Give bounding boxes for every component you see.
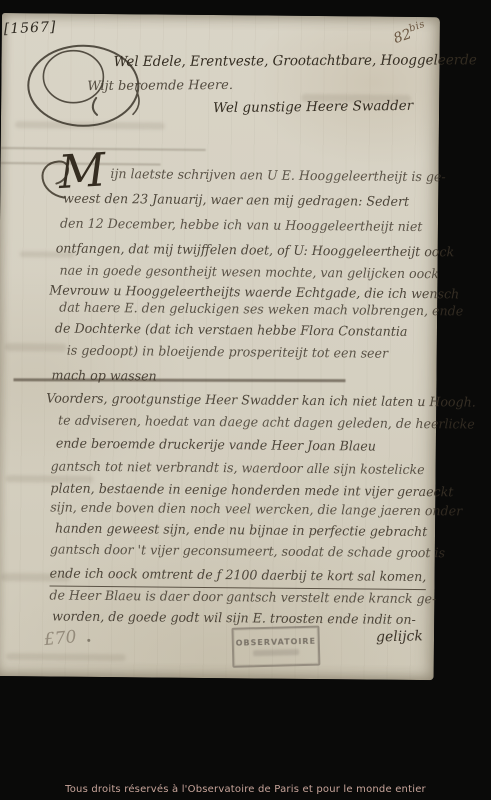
bleed-through-smudge: [6, 653, 126, 661]
manuscript-line: Voorders, grootgunstige Heer Swadder kan…: [46, 391, 476, 412]
salutation-line-3: Wel gunstige Heere Swadder: [213, 98, 413, 116]
folio-number: 82bis: [391, 19, 429, 47]
salutation-line-1: Wel Edele, Erentveste, Grootachtbare, Ho…: [114, 52, 477, 70]
manuscript-line: den 12 December, hebbe ich van u Hooggel…: [60, 217, 423, 237]
photograph-background: [1567] 82bis Wel Edele, Erentveste, Groo…: [0, 0, 491, 800]
manuscript-line: te adviseren, hoedat van daege acht dage…: [58, 414, 475, 435]
manuscript-line: nae in goede gesontheijt wesen mochte, v…: [59, 264, 439, 285]
margin-price-mark: £70: [43, 627, 77, 650]
catchword: gelijck: [376, 628, 423, 645]
manuscript-line: de Heer Blaeu is daer door gantsch verst…: [49, 588, 436, 609]
manuscript-line: is gedoopt) in bloeijende prosperiteijt …: [67, 344, 388, 364]
observatory-stamp: OBSERVATOIRE: [231, 626, 320, 668]
manuscript-line: dat haere E. den geluckigen ses weken ma…: [59, 301, 463, 322]
manuscript-line: gantsch tot niet verbrandt is, waerdoor …: [51, 459, 425, 479]
manuscript-line: platen, bestaende in eenige honderden me…: [50, 481, 453, 502]
manuscript-line: ontfangen, dat mij twijffelen doet, of U…: [56, 242, 455, 263]
observatory-stamp-text: OBSERVATOIRE: [236, 637, 317, 648]
manuscript-line-underlined: ende ich oock omtrent de ƒ 2100 daerbij …: [49, 566, 426, 590]
manuscript-line: ijn laetste schrijven aen U E. Hooggelee…: [110, 167, 445, 187]
copyright-caption: Tous droits réservés à l'Observatoire de…: [0, 784, 491, 795]
manuscript-line: gantsch door 't vijer geconsumeert, sood…: [50, 542, 445, 563]
manuscript-line: de Dochterke (dat ich verstaen hebbe Flo…: [55, 322, 408, 342]
initial-letter: M: [57, 146, 107, 195]
bleed-through-smudge: [5, 343, 67, 352]
manuscript-line: weest den 23 Januarij, waer aen mij gedr…: [63, 192, 409, 212]
manuscript-line: ende beroemde druckerije vande Heer Joan…: [56, 437, 376, 457]
salutation-line-2: Wijt beroemde Heere.: [87, 78, 233, 94]
manuscript-line: handen geweest sijn, ende nu bijnae in p…: [55, 522, 427, 542]
manuscript-line: sijn, ende boven dien noch veel wercken,…: [50, 500, 462, 521]
observatory-stamp-faded-line: [253, 649, 299, 656]
manuscript-page: [1567] 82bis Wel Edele, Erentveste, Groo…: [0, 13, 440, 680]
catalog-number: [1567]: [4, 19, 57, 37]
folio-suffix: bis: [408, 19, 427, 35]
